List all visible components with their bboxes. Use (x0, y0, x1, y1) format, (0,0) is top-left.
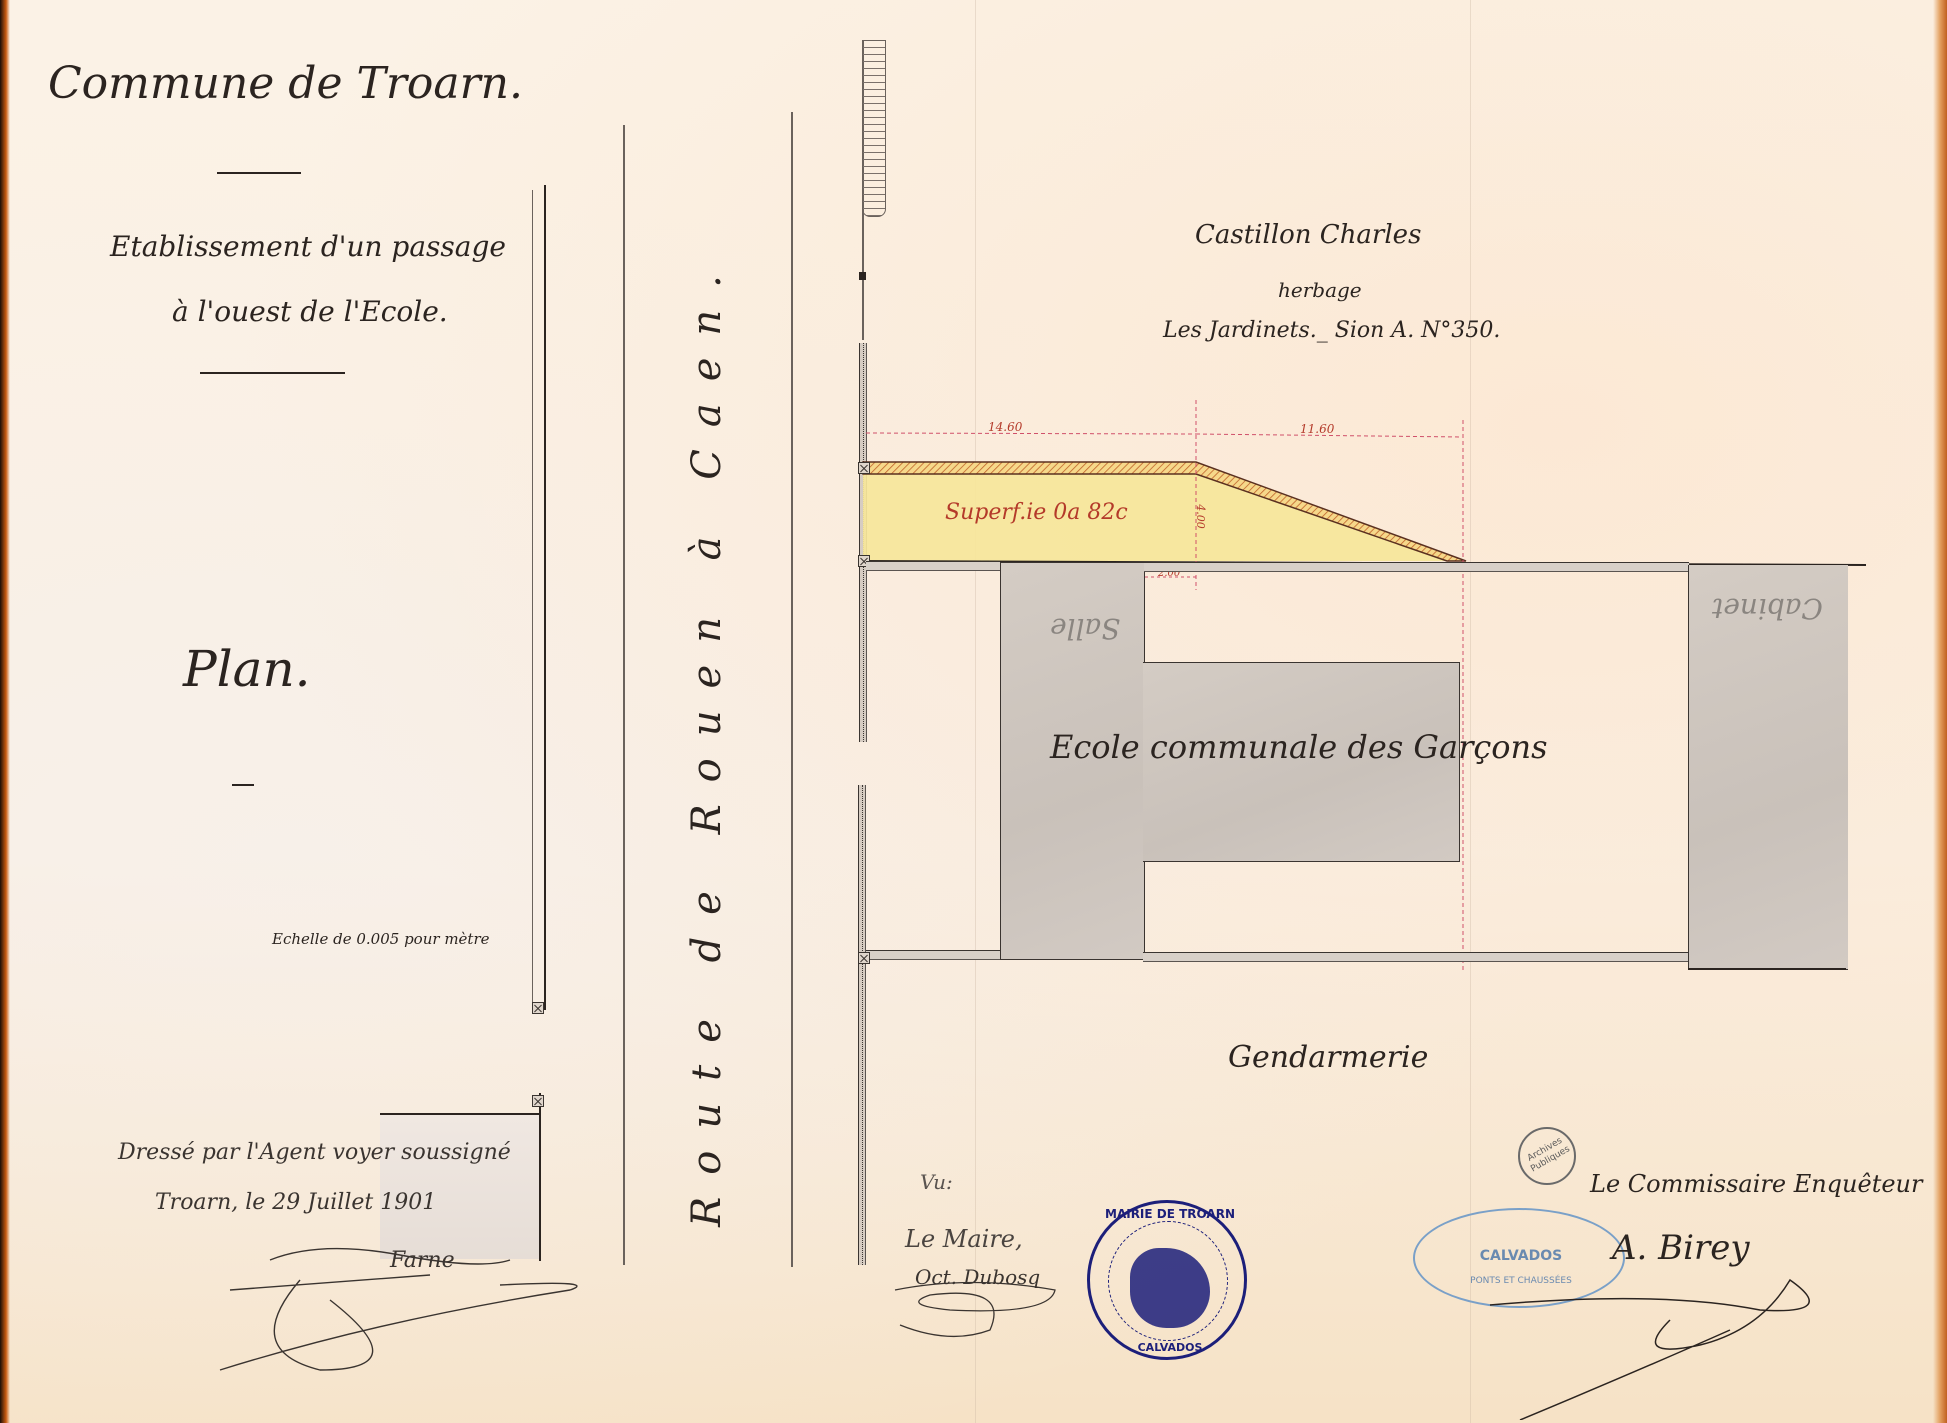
commissioner-title: Le Commissaire Enquêteur (1590, 1170, 1922, 1198)
south-neighbor-label: Gendarmerie (1228, 1040, 1428, 1075)
mairie-stamp-bottom: CALVADOS (1090, 1341, 1250, 1354)
pencil-note-salle: Salle (1050, 612, 1120, 645)
mairie-stamp: MAIRIE DE TROARN CALVADOS (1087, 1200, 1247, 1360)
archives-stamp: Archives Publiques (1518, 1127, 1576, 1185)
passage-area-label: Superf.ie 0a 82c (945, 500, 1128, 525)
wall-post (858, 952, 870, 964)
mayor-title: Le Maire, (905, 1225, 1023, 1253)
drafter-signature: Farne (390, 1248, 455, 1273)
school-label: Ecole communale des Garçons (1050, 728, 1548, 766)
east-block-edge (1688, 968, 1846, 970)
drafter-statement: Dressé par l'Agent voyer soussigné (118, 1140, 511, 1165)
archives-stamp-text: Archives Publiques (1520, 1132, 1576, 1177)
pencil-note-cabinet: Cabinet (1712, 592, 1823, 625)
passage-post (858, 462, 870, 474)
drafter-date: Troarn, le 29 Juillet 1901 (155, 1190, 436, 1215)
dimension-width: 4.00 (1194, 504, 1207, 529)
dimension-east: 11.60 (1300, 422, 1334, 436)
courtyard-wall (866, 561, 1000, 571)
mayor-seen: Vu: (920, 1170, 953, 1194)
courtyard-wall-south (1143, 952, 1688, 962)
drafter-signature-flourish (180, 1230, 580, 1380)
dimension-west: 14.60 (988, 420, 1022, 434)
mayor-signature-flourish (890, 1275, 1070, 1345)
commissioner-signature-flourish (1460, 1260, 1900, 1420)
school-building-east-block (1688, 565, 1848, 970)
courtyard-wall-north (1144, 562, 1689, 572)
mairie-stamp-top: MAIRIE DE TROARN (1090, 1207, 1250, 1221)
courtyard-wall (866, 950, 1000, 960)
